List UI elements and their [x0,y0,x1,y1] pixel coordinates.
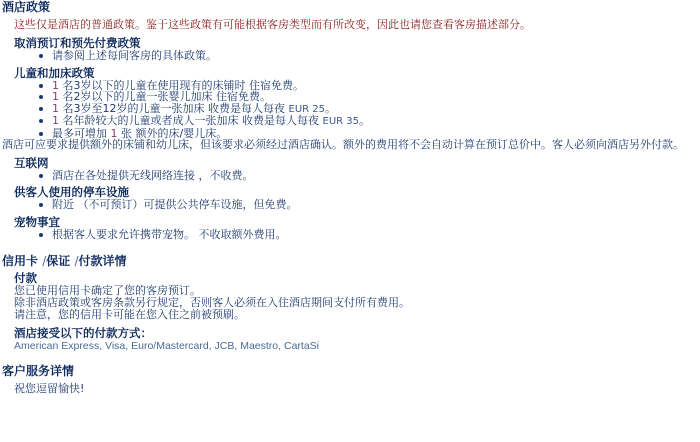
extra-beds-paragraph: 酒店可应要求提供额外的床铺和幼儿床，但该要求必须经过酒店确认。额外的费用将不会自… [0,139,692,151]
children-beds-list: 1 名3岁以下的儿童在使用现有的床铺时 住宿免费。 1 名2岁以下的儿童一张婴儿… [0,80,700,140]
pets-list: 根据客人要求允许携带宠物。 不收取额外费用。 [0,229,700,241]
list-item: 根据客人要求允许携带宠物。 不收取额外费用。 [52,229,700,241]
list-item: 最多可增加 1 张 额外的床/婴儿床。 [52,128,700,140]
parking-list: 附近 （不可预订）可提供公共停车设施，但免费。 [0,199,700,211]
list-item: 附近 （不可预订）可提供公共停车设施，但免费。 [52,199,700,211]
hotel-policy-title: 酒店政策 [0,0,700,14]
list-item: 酒店在各处提供无线网络连接 ，不收费。 [52,170,700,182]
internet-list: 酒店在各处提供无线网络连接 ，不收费。 [0,170,700,182]
cancellation-list: 请参阅上述每间客房的具体政策。 [0,50,700,62]
payment-line: 请注意，您的信用卡可能在您入住之前被预刷。 [0,309,700,321]
customer-service-message: 祝您逗留愉快! [0,383,700,395]
accepted-cards-list: American Express, Visa, Euro/Mastercard,… [0,340,700,352]
price: EUR 25 [289,104,326,115]
customer-service-title: 客户服务详情 [0,364,700,378]
policy-note: 这些仅是酒店的普通政策。鉴于这些政策有可能根据客房类型而有所改变，因此也请您查看… [0,18,700,32]
price: EUR 35 [323,116,360,127]
accepted-cards-title: 酒店接受以下的付款方式： [0,327,700,340]
payment-title: 信用卡 /保证 /付款详情 [0,254,700,268]
policy-page: 酒店政策 这些仅是酒店的普通政策。鉴于这些政策有可能根据客房类型而有所改变，因此… [0,0,700,395]
count: 1 [52,102,59,115]
internet-title: 互联网 [0,157,700,170]
pets-title: 宠物事宜 [0,216,700,229]
list-item: 请参阅上述每间客房的具体政策。 [52,50,700,62]
count: 1 [111,127,118,140]
count: 1 [52,114,59,127]
